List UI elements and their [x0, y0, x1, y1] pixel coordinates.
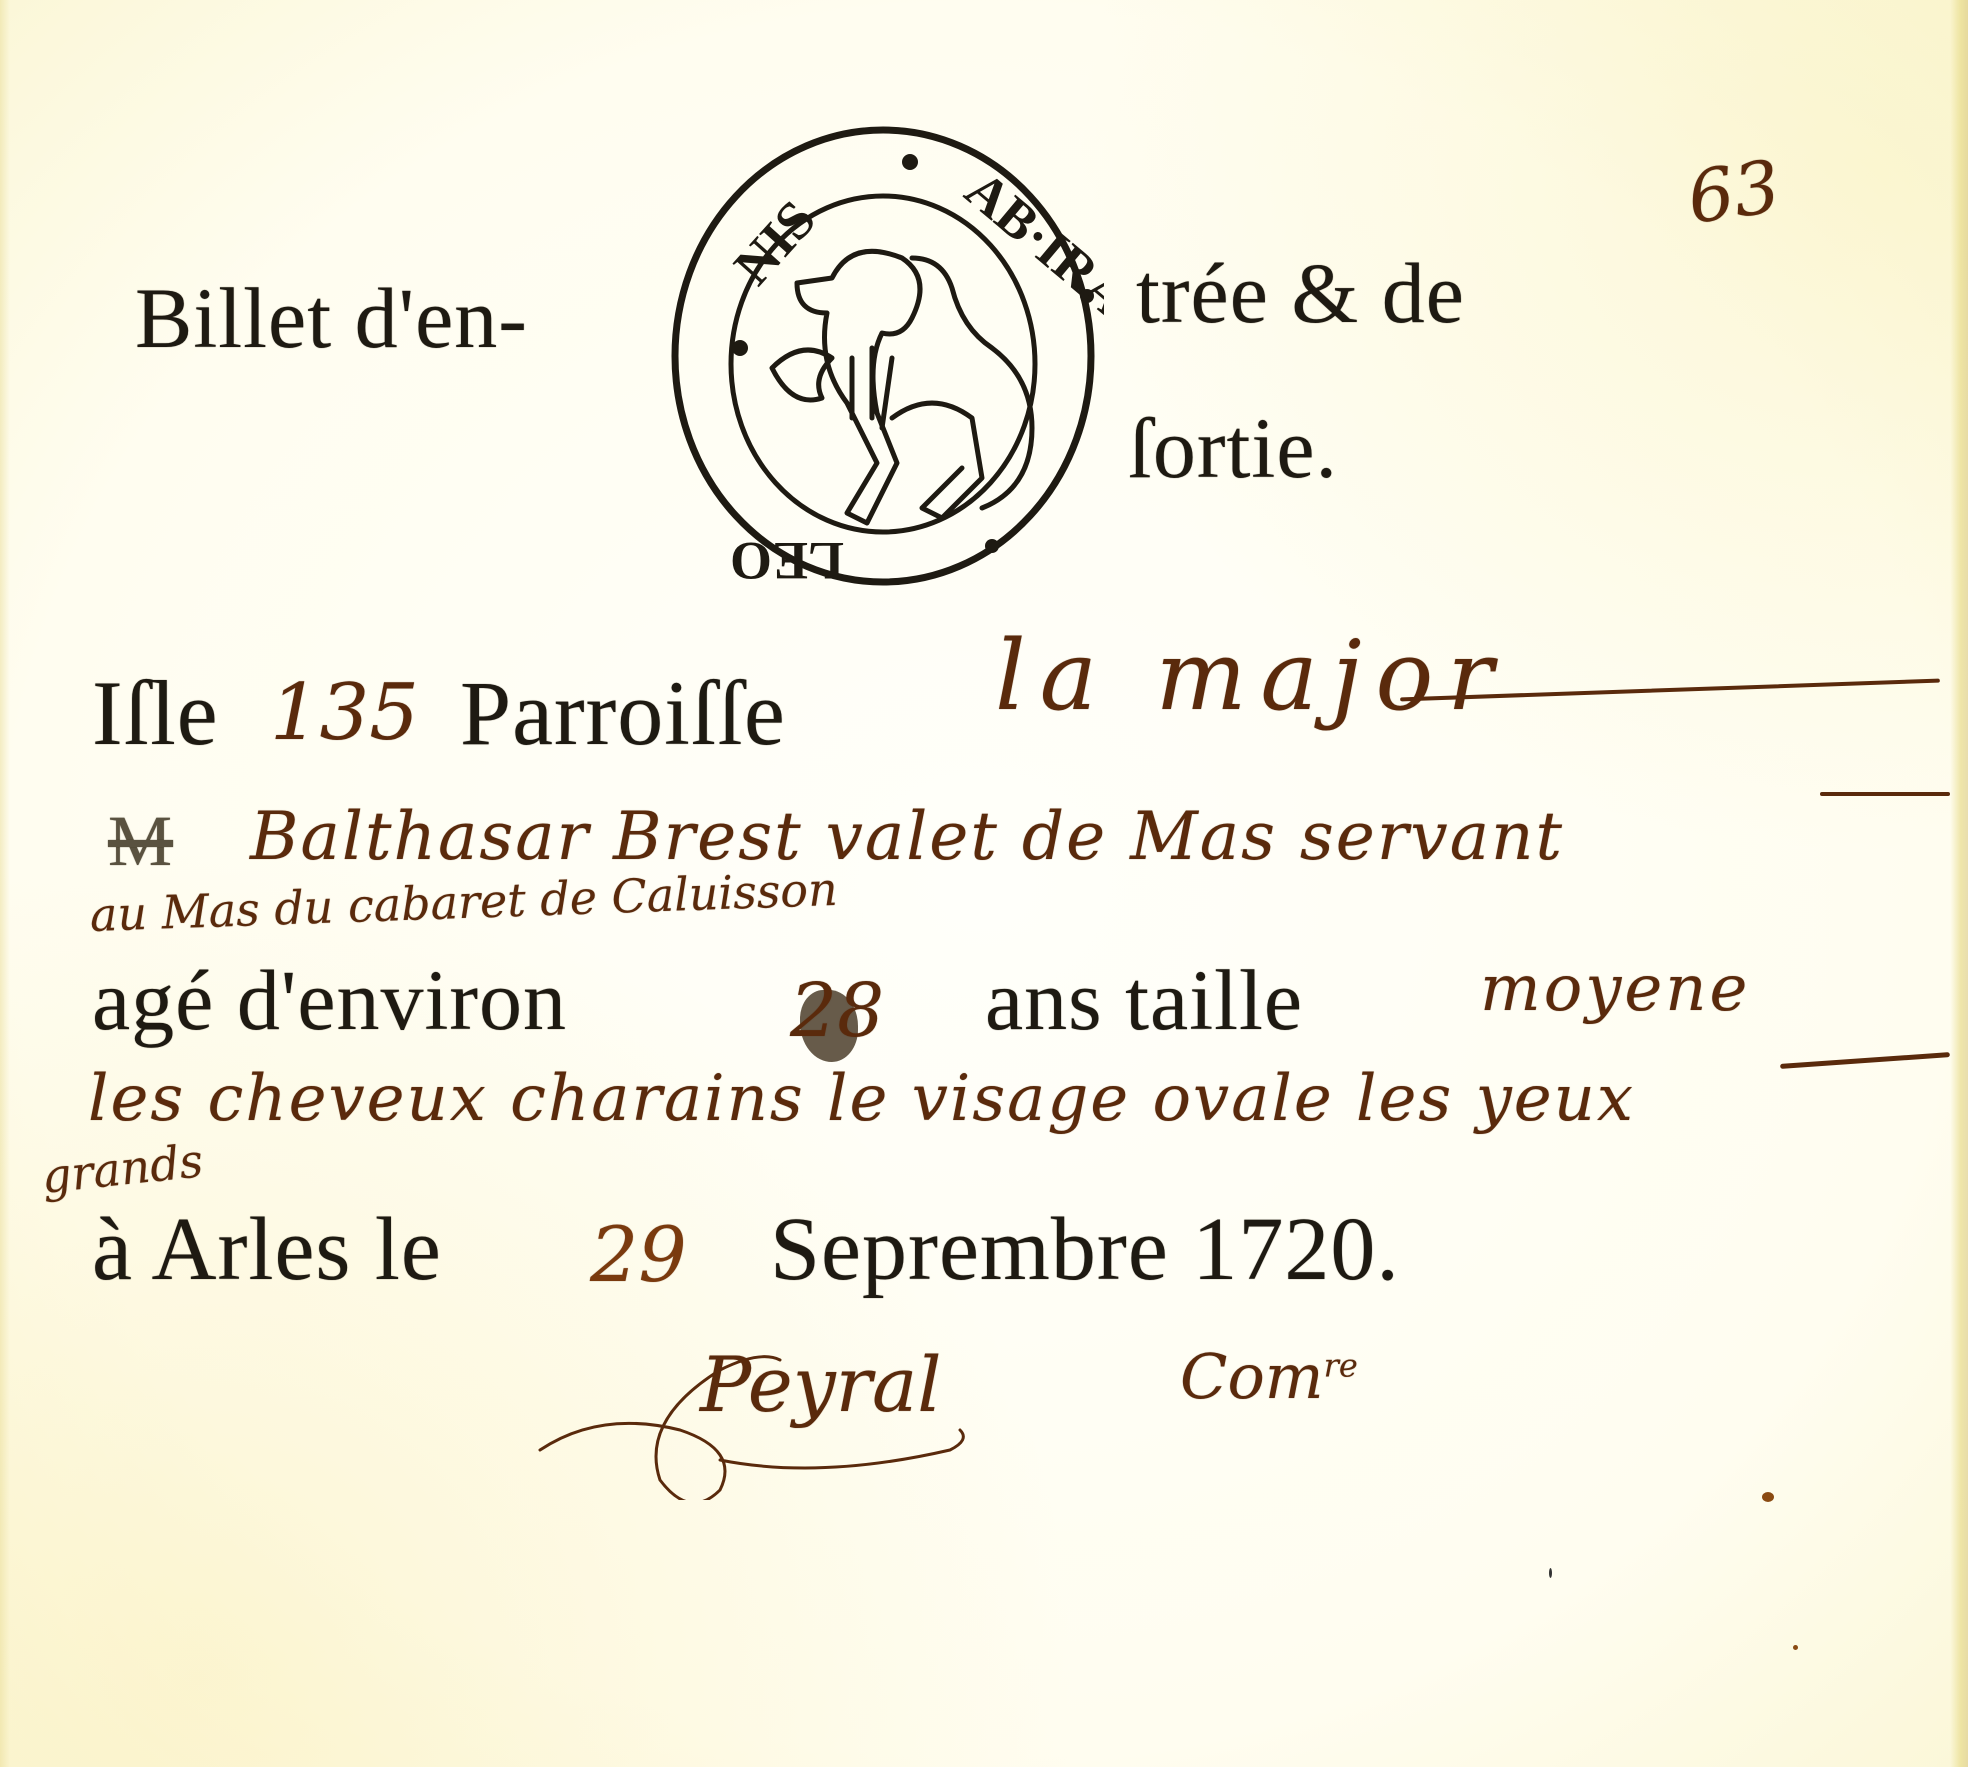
title-right-line2: ſortie.: [1128, 398, 1338, 498]
fill-rule: [1820, 792, 1950, 796]
signature-name: Peyral: [700, 1340, 942, 1429]
date-day: 29: [590, 1210, 687, 1299]
ans-taille-label: ans taille: [985, 950, 1303, 1050]
seal-motto-abira: AB·IRA: [954, 159, 1104, 328]
parroisse-value: la major: [995, 620, 1507, 732]
signature-title-sup: re: [1324, 1346, 1358, 1384]
date-month-year: Seprembre 1720.: [770, 1198, 1400, 1301]
signature-title-text: Com: [1180, 1340, 1324, 1413]
parroisse-label: Parroiſſe: [460, 660, 786, 766]
person-prefix: M: [108, 800, 173, 883]
title-right-line1: trée & de: [1136, 243, 1465, 343]
paper-speck: [1549, 1568, 1552, 1578]
person-name-occupation: Balthasar Brest valet de Mas servant: [250, 798, 1564, 875]
paper-edge-right: [1950, 0, 1968, 1767]
paper-speck: [1793, 1645, 1798, 1650]
isle-label: Iſle: [92, 660, 219, 766]
title-left: Billet d'en-: [135, 268, 528, 368]
age-value: 28: [790, 968, 884, 1054]
lion-seal-icon: NIS AB·IRA LEO: [662, 118, 1104, 594]
date-place-label: à Arles le: [92, 1198, 442, 1301]
paper-edge-left: [0, 0, 10, 1767]
taille-value: moyene: [1480, 952, 1750, 1026]
physical-description: les cheveux charains le visage ovale les…: [88, 1062, 1635, 1136]
paper-speck: [1762, 1492, 1774, 1502]
folio-number: 63: [1683, 144, 1785, 240]
isle-number: 135: [270, 668, 419, 758]
age-label: agé d'environ: [92, 950, 567, 1050]
signature-title: Comre: [1180, 1340, 1358, 1413]
seal-motto-leo: LEO: [730, 531, 844, 591]
